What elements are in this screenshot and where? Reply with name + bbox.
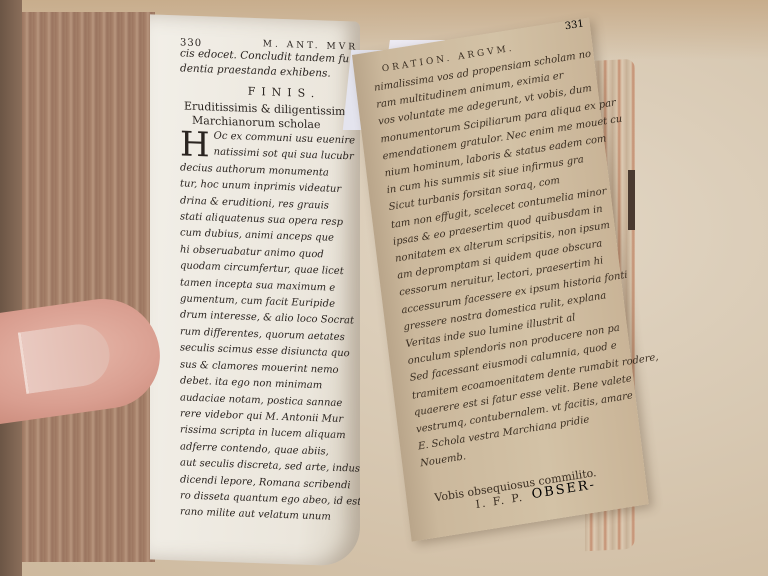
thumbnail [18,320,114,394]
left-page: 330 M. ANT. MVR cis edocet. Concludit ta… [150,14,360,566]
left-page-edges [0,12,155,562]
finis-heading: FINIS. [210,83,358,101]
photo-scene: 330 M. ANT. MVR cis edocet. Concludit ta… [0,0,768,576]
book-clasp [628,170,635,230]
right-folio: 331 [564,18,584,32]
drop-cap: H [180,129,210,160]
book-cover-left [0,0,22,576]
